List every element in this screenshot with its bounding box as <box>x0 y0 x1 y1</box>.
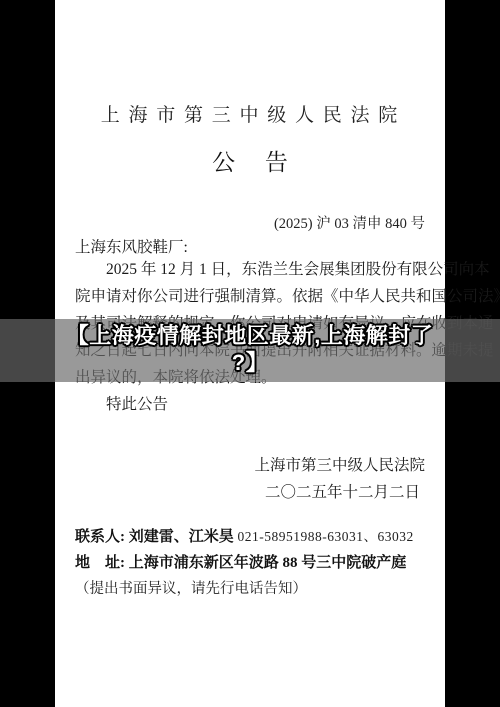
signature-block: 上海市第三中级人民法院 二〇二五年十二月二日 <box>75 452 425 506</box>
signature-court: 上海市第三中级人民法院 <box>75 452 425 479</box>
contact-person-label: 联系人: <box>75 529 125 545</box>
contact-note: （提出书面异议，请先行电话告知） <box>75 576 433 602</box>
caption-text: 【上海疫情解封地区最新,上海解封了 ?】 <box>0 322 500 376</box>
contact-address-line: 地 址: 上海市浦东新区年波路 88 号三中院破产庭 <box>75 550 433 576</box>
recipient-name: 上海东风胶鞋厂: <box>75 235 188 257</box>
contact-address-value: 上海市浦东新区年波路 88 号三中院破产庭 <box>129 555 407 571</box>
body-line: 院申请对你公司进行强制清算。依据《中华人民共和国公司法》 <box>75 283 427 310</box>
contact-address-label: 地 址: <box>75 555 125 571</box>
caption-line-1: 【上海疫情解封地区最新,上海解封了 <box>0 322 500 349</box>
contact-person-line: 联系人: 刘建雷、江米昊 021-58951988-63031、63032 <box>75 524 433 550</box>
contact-block: 联系人: 刘建雷、江米昊 021-58951988-63031、63032 地 … <box>75 524 433 602</box>
notice-title: 公 告 <box>55 144 445 177</box>
signature-date: 二〇二五年十二月二日 <box>75 479 425 506</box>
caption-overlay-band: 【上海疫情解封地区最新,上海解封了 ?】 <box>0 319 500 382</box>
contact-person-names: 刘建雷、江米昊 <box>129 529 234 545</box>
body-line: 2025 年 12 月 1 日，东浩兰生会展集团股份有限公司向本 <box>75 256 427 283</box>
caption-line-2: ?】 <box>0 349 500 376</box>
closing-phrase: 特此公告 <box>75 391 427 418</box>
contact-phone-numbers: 021-58951988-63031、63032 <box>238 529 414 544</box>
court-name-header: 上 海 市 第 三 中 级 人 民 法 院 <box>55 100 445 127</box>
case-number: (2025) 沪 03 清申 840 号 <box>274 212 425 233</box>
notice-photo-frame: 上 海 市 第 三 中 级 人 民 法 院 公 告 (2025) 沪 03 清申… <box>0 0 500 707</box>
